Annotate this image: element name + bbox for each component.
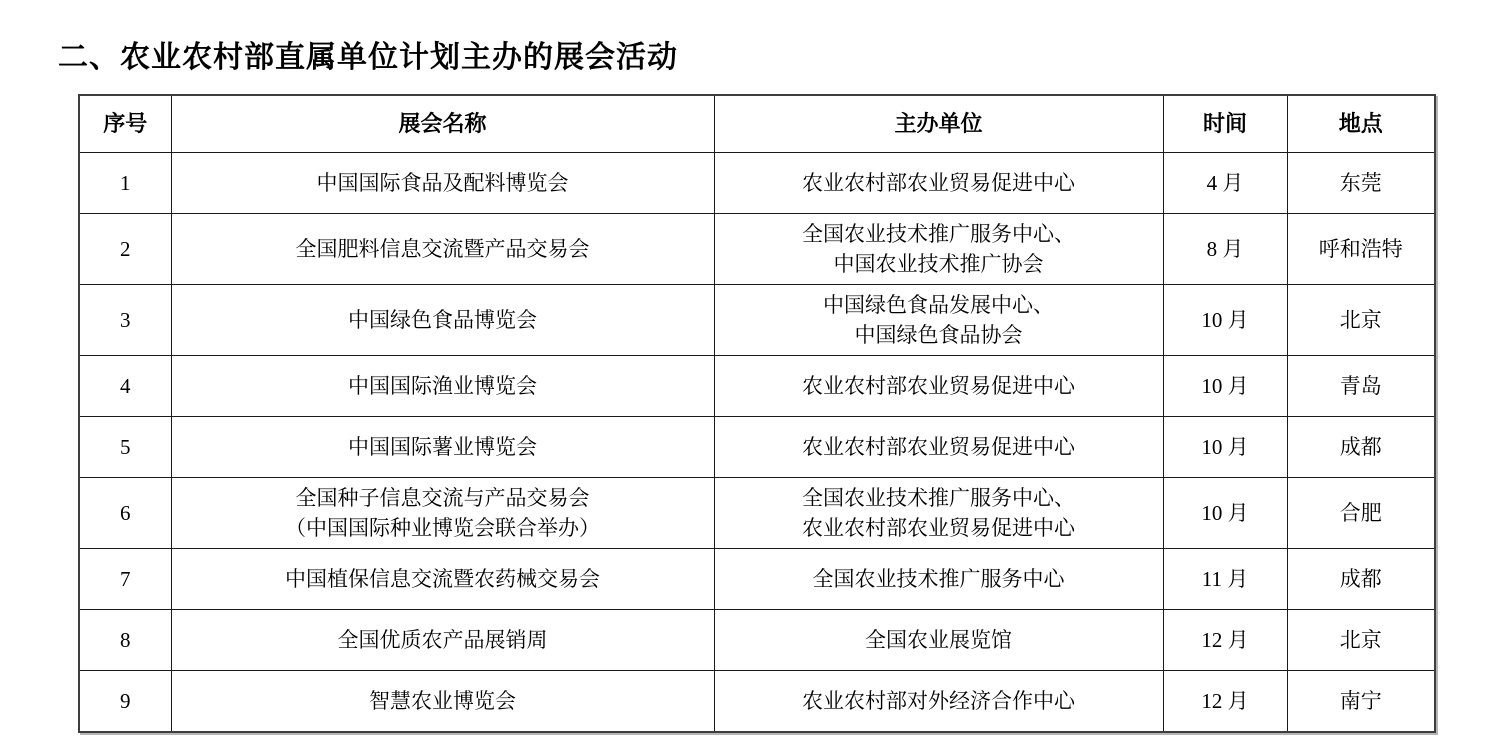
cell-index: 5 — [79, 417, 171, 478]
cell-exhibition-name: 中国国际渔业博览会 — [171, 356, 714, 417]
cell-location: 北京 — [1287, 610, 1435, 671]
table-row: 5 中国国际薯业博览会 农业农村部农业贸易促进中心 10 月 成都 — [79, 417, 1435, 478]
cell-index: 9 — [79, 671, 171, 733]
cell-location: 青岛 — [1287, 356, 1435, 417]
cell-time: 11 月 — [1163, 549, 1287, 610]
table-row: 7 中国植保信息交流暨农药械交易会 全国农业技术推广服务中心 11 月 成都 — [79, 549, 1435, 610]
cell-exhibition-name: 中国绿色食品博览会 — [171, 285, 714, 356]
cell-organizer: 中国绿色食品发展中心、 中国绿色食品协会 — [714, 285, 1163, 356]
cell-time: 10 月 — [1163, 285, 1287, 356]
cell-location: 呼和浩特 — [1287, 214, 1435, 285]
cell-index: 3 — [79, 285, 171, 356]
table-row: 4 中国国际渔业博览会 农业农村部农业贸易促进中心 10 月 青岛 — [79, 356, 1435, 417]
document-page: 二、农业农村部直属单位计划主办的展会活动 序号 展会名称 主办单位 时间 地点 … — [0, 0, 1508, 755]
exhibition-table: 序号 展会名称 主办单位 时间 地点 1 中国国际食品及配料博览会 农业农村部农… — [78, 94, 1436, 733]
cell-organizer: 农业农村部对外经济合作中心 — [714, 671, 1163, 733]
cell-organizer: 全国农业技术推广服务中心、 中国农业技术推广协会 — [714, 214, 1163, 285]
cell-location: 南宁 — [1287, 671, 1435, 733]
cell-organizer: 全国农业技术推广服务中心 — [714, 549, 1163, 610]
cell-exhibition-name: 中国植保信息交流暨农药械交易会 — [171, 549, 714, 610]
header-location: 地点 — [1287, 95, 1435, 153]
header-organizer: 主办单位 — [714, 95, 1163, 153]
cell-time: 12 月 — [1163, 671, 1287, 733]
cell-location: 成都 — [1287, 549, 1435, 610]
cell-organizer: 农业农村部农业贸易促进中心 — [714, 356, 1163, 417]
cell-time: 8 月 — [1163, 214, 1287, 285]
cell-time: 10 月 — [1163, 356, 1287, 417]
cell-index: 4 — [79, 356, 171, 417]
cell-organizer: 农业农村部农业贸易促进中心 — [714, 417, 1163, 478]
header-index: 序号 — [79, 95, 171, 153]
header-exhibition-name: 展会名称 — [171, 95, 714, 153]
cell-time: 10 月 — [1163, 478, 1287, 549]
cell-location: 东莞 — [1287, 153, 1435, 214]
cell-exhibition-name: 全国优质农产品展销周 — [171, 610, 714, 671]
cell-organizer: 全国农业展览馆 — [714, 610, 1163, 671]
cell-time: 4 月 — [1163, 153, 1287, 214]
header-time: 时间 — [1163, 95, 1287, 153]
cell-index: 7 — [79, 549, 171, 610]
table-row: 9 智慧农业博览会 农业农村部对外经济合作中心 12 月 南宁 — [79, 671, 1435, 733]
cell-location: 成都 — [1287, 417, 1435, 478]
table-row: 6 全国种子信息交流与产品交易会 （中国国际种业博览会联合举办） 全国农业技术推… — [79, 478, 1435, 549]
cell-time: 12 月 — [1163, 610, 1287, 671]
cell-exhibition-name: 全国种子信息交流与产品交易会 （中国国际种业博览会联合举办） — [171, 478, 714, 549]
cell-exhibition-name: 中国国际食品及配料博览会 — [171, 153, 714, 214]
cell-organizer: 全国农业技术推广服务中心、 农业农村部农业贸易促进中心 — [714, 478, 1163, 549]
cell-location: 合肥 — [1287, 478, 1435, 549]
section-title: 二、农业农村部直属单位计划主办的展会活动 — [58, 42, 678, 74]
table-header-row: 序号 展会名称 主办单位 时间 地点 — [79, 95, 1435, 153]
cell-exhibition-name: 全国肥料信息交流暨产品交易会 — [171, 214, 714, 285]
cell-index: 2 — [79, 214, 171, 285]
cell-organizer: 农业农村部农业贸易促进中心 — [714, 153, 1163, 214]
cell-exhibition-name: 智慧农业博览会 — [171, 671, 714, 733]
table-row: 3 中国绿色食品博览会 中国绿色食品发展中心、 中国绿色食品协会 10 月 北京 — [79, 285, 1435, 356]
cell-time: 10 月 — [1163, 417, 1287, 478]
table-row: 8 全国优质农产品展销周 全国农业展览馆 12 月 北京 — [79, 610, 1435, 671]
cell-index: 1 — [79, 153, 171, 214]
cell-index: 8 — [79, 610, 171, 671]
cell-exhibition-name: 中国国际薯业博览会 — [171, 417, 714, 478]
cell-location: 北京 — [1287, 285, 1435, 356]
table-row: 2 全国肥料信息交流暨产品交易会 全国农业技术推广服务中心、 中国农业技术推广协… — [79, 214, 1435, 285]
cell-index: 6 — [79, 478, 171, 549]
table-row: 1 中国国际食品及配料博览会 农业农村部农业贸易促进中心 4 月 东莞 — [79, 153, 1435, 214]
